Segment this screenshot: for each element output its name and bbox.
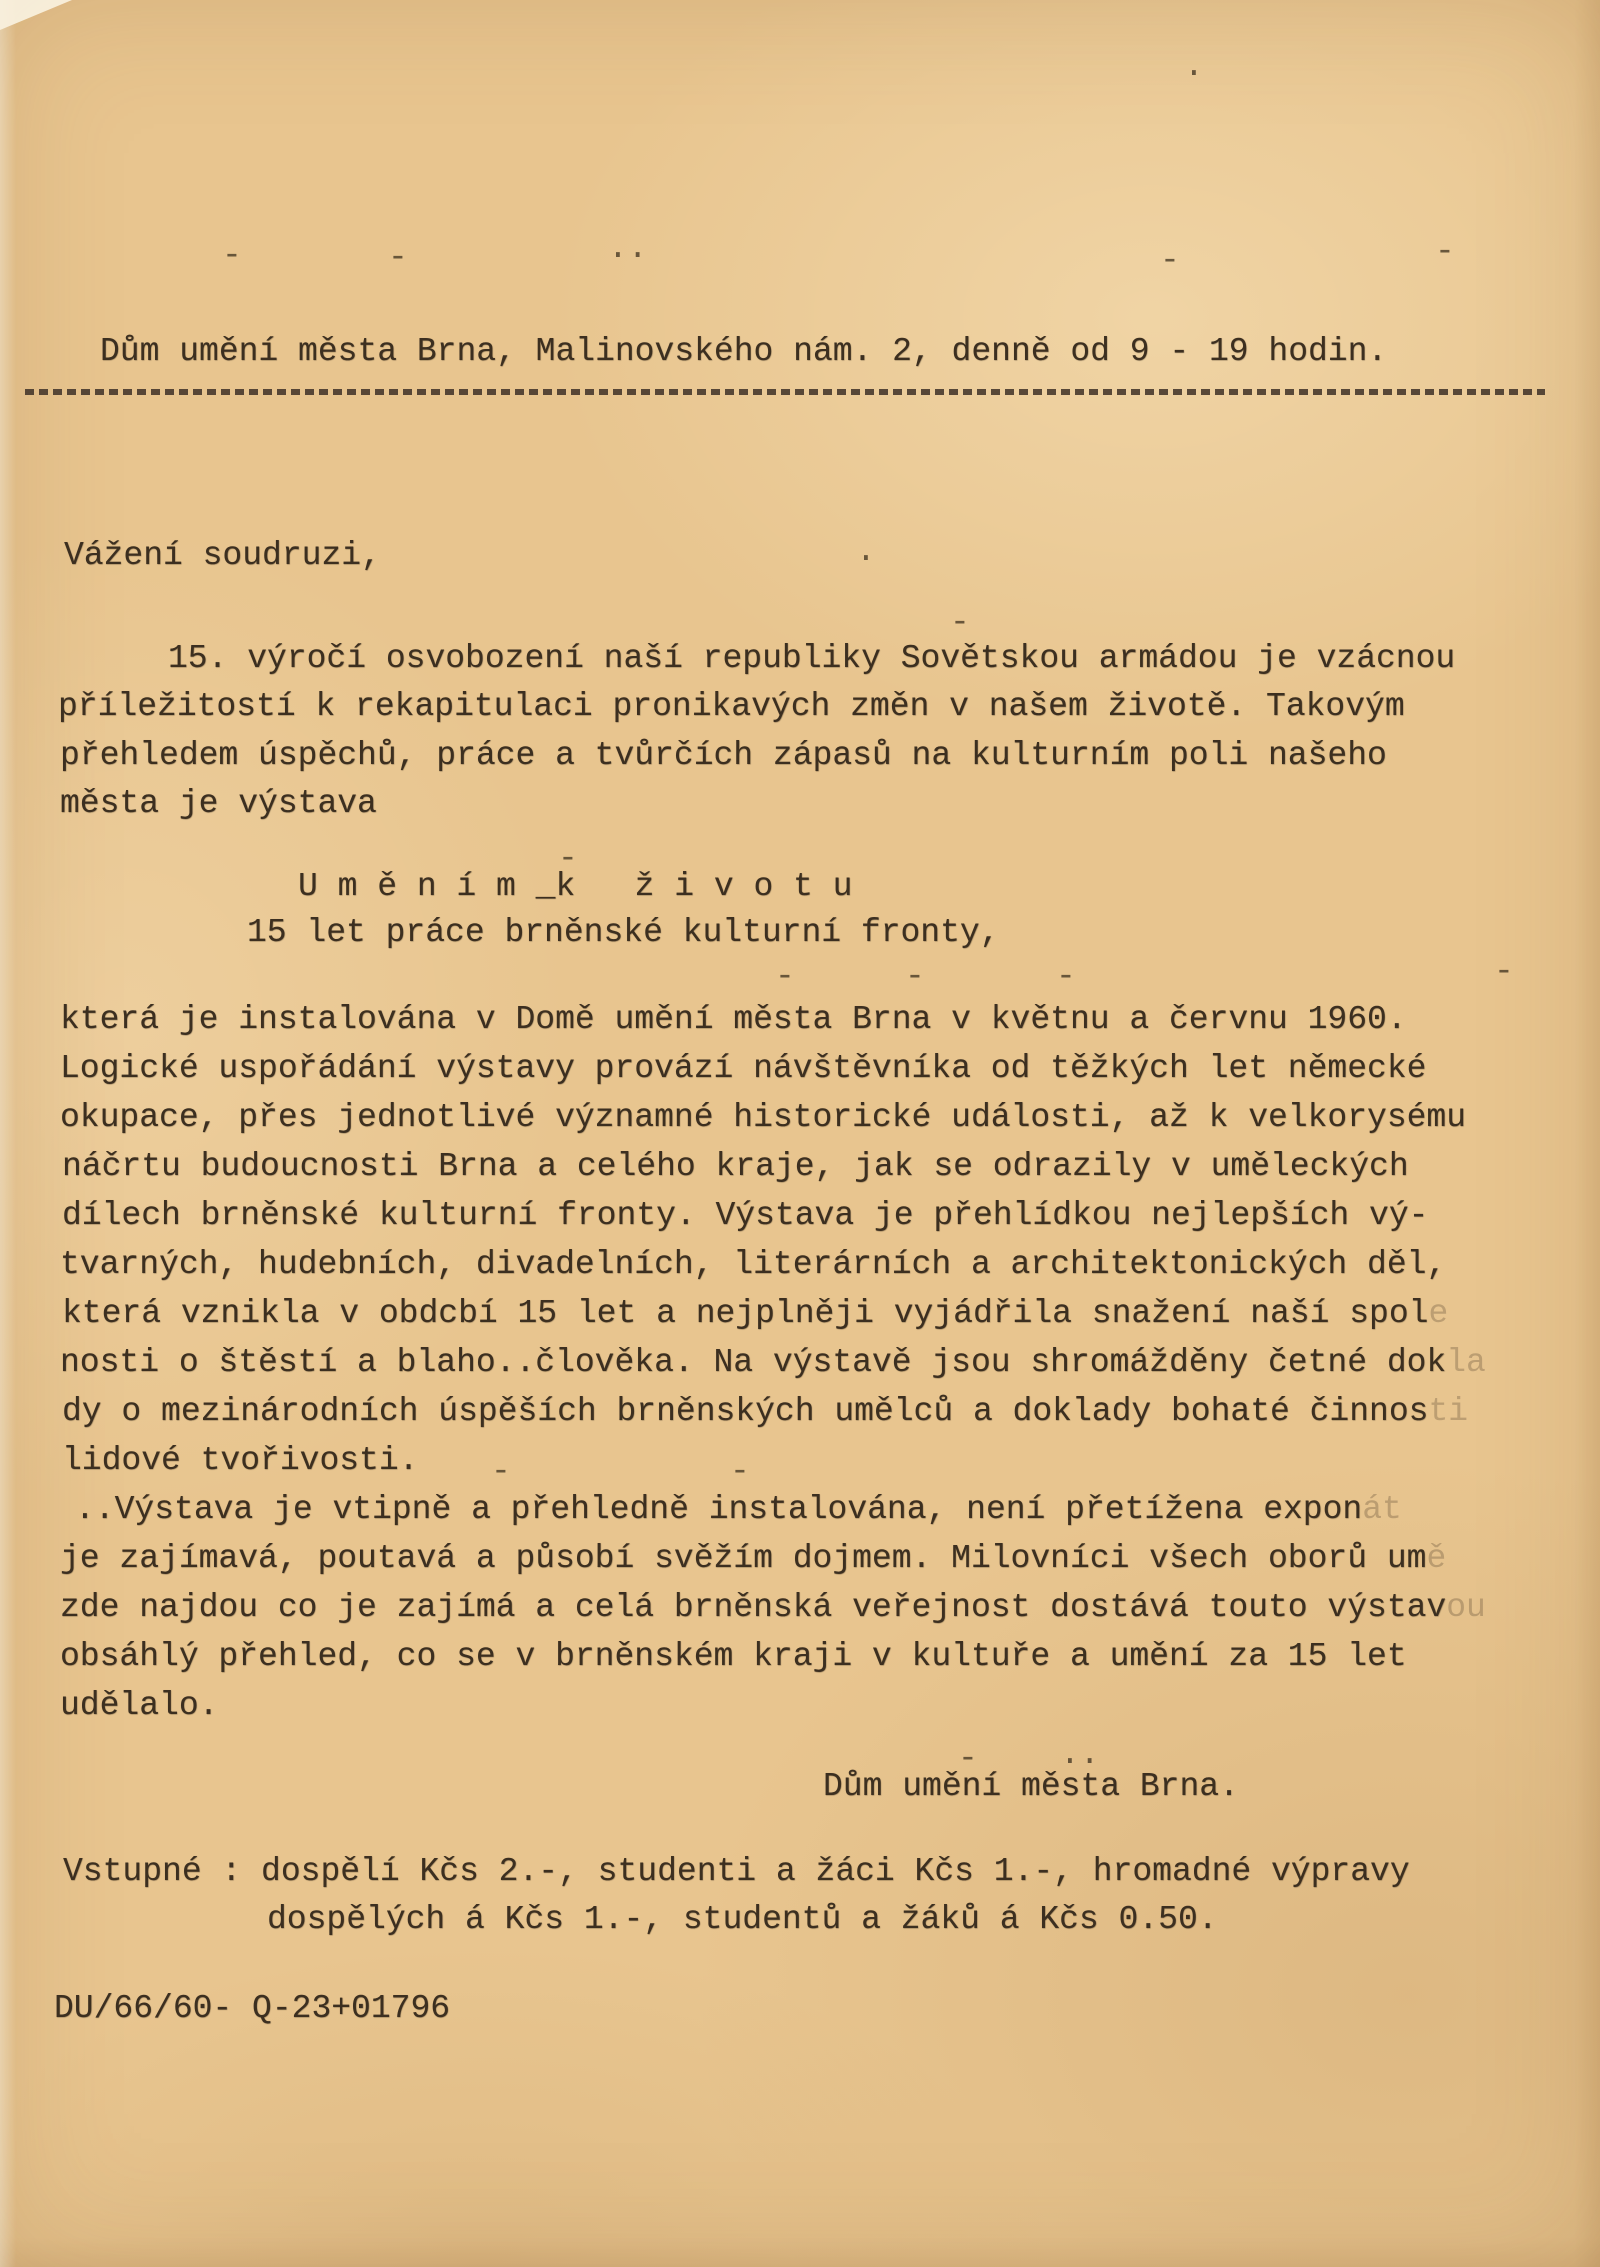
typewriter-stray-mark: - (730, 1455, 750, 1488)
typewriter-stray-mark: - (950, 606, 970, 639)
typewriter-stray-mark: - (388, 241, 408, 274)
paragraph-1-line-2: příležitostí k rekapitulaci pronikavých … (58, 688, 1405, 726)
admission-line-2: dospělých á Kčs 1.-, studentů a žáků á K… (267, 1901, 1218, 1939)
typewriter-stray-mark: .. (608, 232, 648, 265)
exhibition-title-line-2: 15 let práce brněnské kulturní fronty, (247, 914, 1000, 952)
typewriter-stray-mark: - (222, 239, 242, 272)
typewriter-stray-mark: - (958, 1742, 978, 1775)
admission-line-1: Vstupné : dospělí Kčs 2.-, studenti a žá… (63, 1853, 1410, 1891)
typewriter-stray-mark: - (558, 842, 578, 875)
page-corner-tear (0, 0, 72, 30)
paragraph-2-line-6: tvarných, hudebních, divadelních, literá… (60, 1246, 1446, 1284)
typewriter-stray-mark: - (905, 960, 925, 993)
typewriter-stray-mark: - (1494, 955, 1514, 988)
paragraph-2-line-8: nosti o štěstí a blaho..člověka. Na výst… (60, 1344, 1486, 1382)
paragraph-2-line-7: která vznikla v obdcbí 15 let a nejplněj… (62, 1295, 1448, 1333)
paragraph-2-line-3: okupace, přes jednotlivé významné histor… (60, 1099, 1466, 1137)
paragraph-2-line-9: dy o mezinárodních úspěších brněnských u… (62, 1393, 1468, 1431)
typewriter-stray-mark: . (856, 535, 876, 568)
document-page: Dům umění města Brna, Malinovského nám. … (0, 0, 1600, 2267)
paragraph-2-line-4: náčrtu budoucnosti Brna a celého kraje, … (62, 1148, 1409, 1186)
paragraph-1-line-4: města je výstava (60, 785, 377, 823)
paragraph-3-line-2: je zajímavá, poutavá a působí svěžím doj… (60, 1540, 1446, 1578)
typewriter-stray-mark: . (1184, 50, 1204, 83)
typewriter-stray-mark: .. (1060, 1738, 1100, 1771)
typewriter-stray-mark: - (1160, 244, 1180, 277)
salutation: Vážení soudruzi, (64, 537, 381, 575)
paragraph-2-line-1: která je instalována v Domě umění města … (60, 1001, 1407, 1039)
typewriter-stray-mark: - (1056, 960, 1076, 993)
paragraph-1-line-3: přehledem úspěchů, práce a tvůrčích zápa… (60, 737, 1387, 775)
dashed-rule (25, 389, 1545, 395)
paragraph-2-line-10: lidové tvořivosti. (62, 1442, 418, 1480)
paragraph-3-line-4: obsáhlý přehled, co se v brněnském kraji… (60, 1638, 1407, 1676)
signature: Dům umění města Brna. (823, 1768, 1239, 1806)
paragraph-1-line-1: 15. výročí osvobození naší republiky Sov… (168, 640, 1455, 678)
paragraph-3-line-3: zde najdou co je zajímá a celá brněnská … (60, 1589, 1486, 1627)
print-code: DU/66/60- Q-23+01796 (54, 1990, 450, 2028)
paragraph-3-line-5: udělalo. (60, 1687, 218, 1725)
typewriter-stray-mark: - (1435, 235, 1455, 268)
document-header: Dům umění města Brna, Malinovského nám. … (100, 333, 1387, 371)
paragraph-2-line-2: Logické uspořádání výstavy provází návšt… (60, 1050, 1426, 1088)
typewriter-stray-mark: - (491, 1455, 511, 1488)
paragraph-3-line-1: ..Výstava je vtipně a přehledně instalov… (75, 1491, 1402, 1529)
typewriter-stray-mark: - (775, 960, 795, 993)
paragraph-2-line-5: dílech brněnské kulturní fronty. Výstava… (62, 1197, 1428, 1235)
